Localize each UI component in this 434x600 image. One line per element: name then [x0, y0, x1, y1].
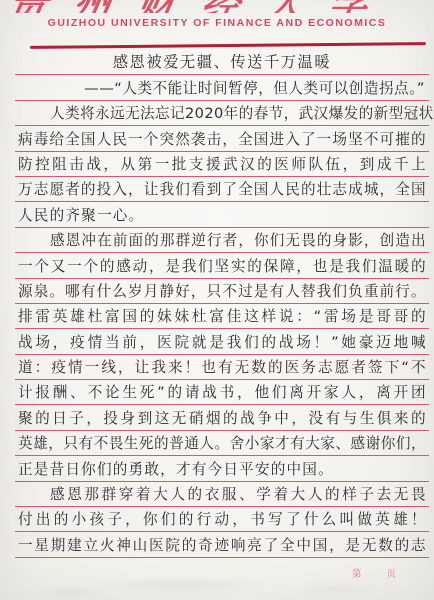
- ruled-line-row: 人民的齐聚一心。: [15, 202, 429, 227]
- essay-title: 感恩被爱无疆、传送千万温暖: [18, 53, 426, 72]
- header-divider: [30, 42, 426, 49]
- handwritten-text: 付出的小孩子，你们的行动，书写了什么叫做英雄！: [18, 510, 426, 529]
- ruled-line-row: 一星期建立火神山医院的奇迹响亮了全中国，是无数的志: [15, 532, 429, 557]
- handwritten-text: 聚的日子，投身到这无硝烟的战争中，没有与生俱来的: [18, 409, 426, 428]
- ruled-line-row: 战场，疫情当前，医院就是我们的战场！”她豪迈地喊: [15, 329, 429, 354]
- handwritten-text: 感恩冲在前面的那群逆行者，你们无畏的身影，创造出: [18, 231, 426, 250]
- ruled-line-row: 道：疫情一线，让我来！也有无数的医务志愿者签下“不: [15, 355, 429, 380]
- handwritten-text: 病毒给全国人民一个突然袭击，全国进入了一场坚不可摧的: [18, 130, 426, 149]
- paper-smudge: [35, 588, 105, 596]
- handwritten-text: 道：疫情一线，让我来！也有无数的医务志愿者签下“不: [18, 358, 426, 377]
- ruled-line-row: 防控阻击战，从第一批支援武汉的医师队伍，到成千上: [15, 152, 429, 177]
- university-name: GUIZHOU UNIVERSITY OF FINANCE AND ECONOM…: [0, 17, 434, 29]
- handwritten-text: 人类将永远无法忘记2020年的春节，武汉爆发的新型冠状: [18, 104, 426, 123]
- page-footer-label: 第 页: [352, 566, 398, 580]
- university-logo-script: 贵州财经大学: [10, 0, 434, 13]
- essay-subtitle: ——“人类不能让时间暂停，但人类可以创造拐点。”: [18, 79, 426, 98]
- handwritten-text: 一个又一个的感动，是我们坚实的保障，也是我们温暖的: [18, 257, 426, 276]
- handwritten-text: 英雄，只有不畏生死的普通人。舍小家才有大家、感谢你们，: [18, 434, 426, 453]
- handwritten-text: 防控阻击战，从第一批支援武汉的医师队伍，到成千上: [18, 155, 426, 174]
- ruled-line-row: 正是昔日你们的勇敢，才有今日平安的中国。: [15, 456, 429, 481]
- ruled-line-row: 一个又一个的感动，是我们坚实的保障，也是我们温暖的: [15, 253, 429, 278]
- handwritten-text: 一星期建立火神山医院的奇迹响亮了全中国，是无数的志: [18, 536, 426, 555]
- handwritten-text: 战场，疫情当前，医院就是我们的战场！”她豪迈地喊: [18, 333, 426, 352]
- ruled-line-row: 感恩冲在前面的那群逆行者，你们无畏的身影，创造出: [15, 228, 429, 253]
- handwritten-text: 感恩那群穿着大人的衣服、学着大人的样子去无畏: [18, 485, 426, 504]
- handwritten-text: 源泉。哪有什么岁月静好，只不过是有人替我们负重前行。: [18, 282, 426, 301]
- ruled-line-row: 感恩被爱无疆、传送千万温暖: [15, 50, 429, 75]
- ruled-line-row: 付出的小孩子，你们的行动，书写了什么叫做英雄！: [15, 507, 429, 532]
- handwritten-text: 计报酬、不论生死”的请战书，他们离开家人，离开团: [18, 383, 426, 402]
- ruled-line-row: 感恩那群穿着大人的衣服、学着大人的样子去无畏: [15, 482, 429, 507]
- handwritten-text: 正是昔日你们的勇敢，才有今日平安的中国。: [18, 460, 426, 479]
- paper-sheet: 贵州财经大学 GUIZHOU UNIVERSITY OF FINANCE AND…: [0, 0, 434, 600]
- handwritten-text: 万志愿者的投入，让我们看到了全国人民的壮志成城，全国: [18, 180, 426, 199]
- paper-smudge: [95, 580, 265, 590]
- ruled-line-row: 源泉。哪有什么岁月静好，只不过是有人替我们负重前行。: [15, 279, 429, 304]
- essay-body: 感恩被爱无疆、传送千万温暖——“人类不能让时间暂停，但人类可以创造拐点。”人类将…: [15, 50, 429, 558]
- logo-calligraphy-text: 贵州财经大学: [10, 0, 399, 13]
- ruled-line-row: 聚的日子，投身到这无硝烟的战争中，没有与生俱来的: [15, 405, 429, 430]
- handwritten-text: 排雷英雄杜富国的妹妹杜富佳这样说：“雷场是哥哥的: [18, 307, 426, 326]
- ruled-line-row: 英雄，只有不畏生死的普通人。舍小家才有大家、感谢你们，: [15, 431, 429, 456]
- ruled-line-row: 计报酬、不论生死”的请战书，他们离开家人，离开团: [15, 380, 429, 405]
- ruled-line-row: 万志愿者的投入，让我们看到了全国人民的壮志成城，全国: [15, 177, 429, 202]
- ruled-line-row: 排雷英雄杜富国的妹妹杜富佳这样说：“雷场是哥哥的: [15, 304, 429, 329]
- handwritten-text: 人民的齐聚一心。: [18, 206, 426, 225]
- ruled-line-row: 人类将永远无法忘记2020年的春节，武汉爆发的新型冠状: [15, 101, 429, 126]
- paper-smudge: [290, 585, 380, 593]
- ruled-line-row: 病毒给全国人民一个突然袭击，全国进入了一场坚不可摧的: [15, 126, 429, 151]
- ruled-line-row: ——“人类不能让时间暂停，但人类可以创造拐点。”: [15, 75, 429, 100]
